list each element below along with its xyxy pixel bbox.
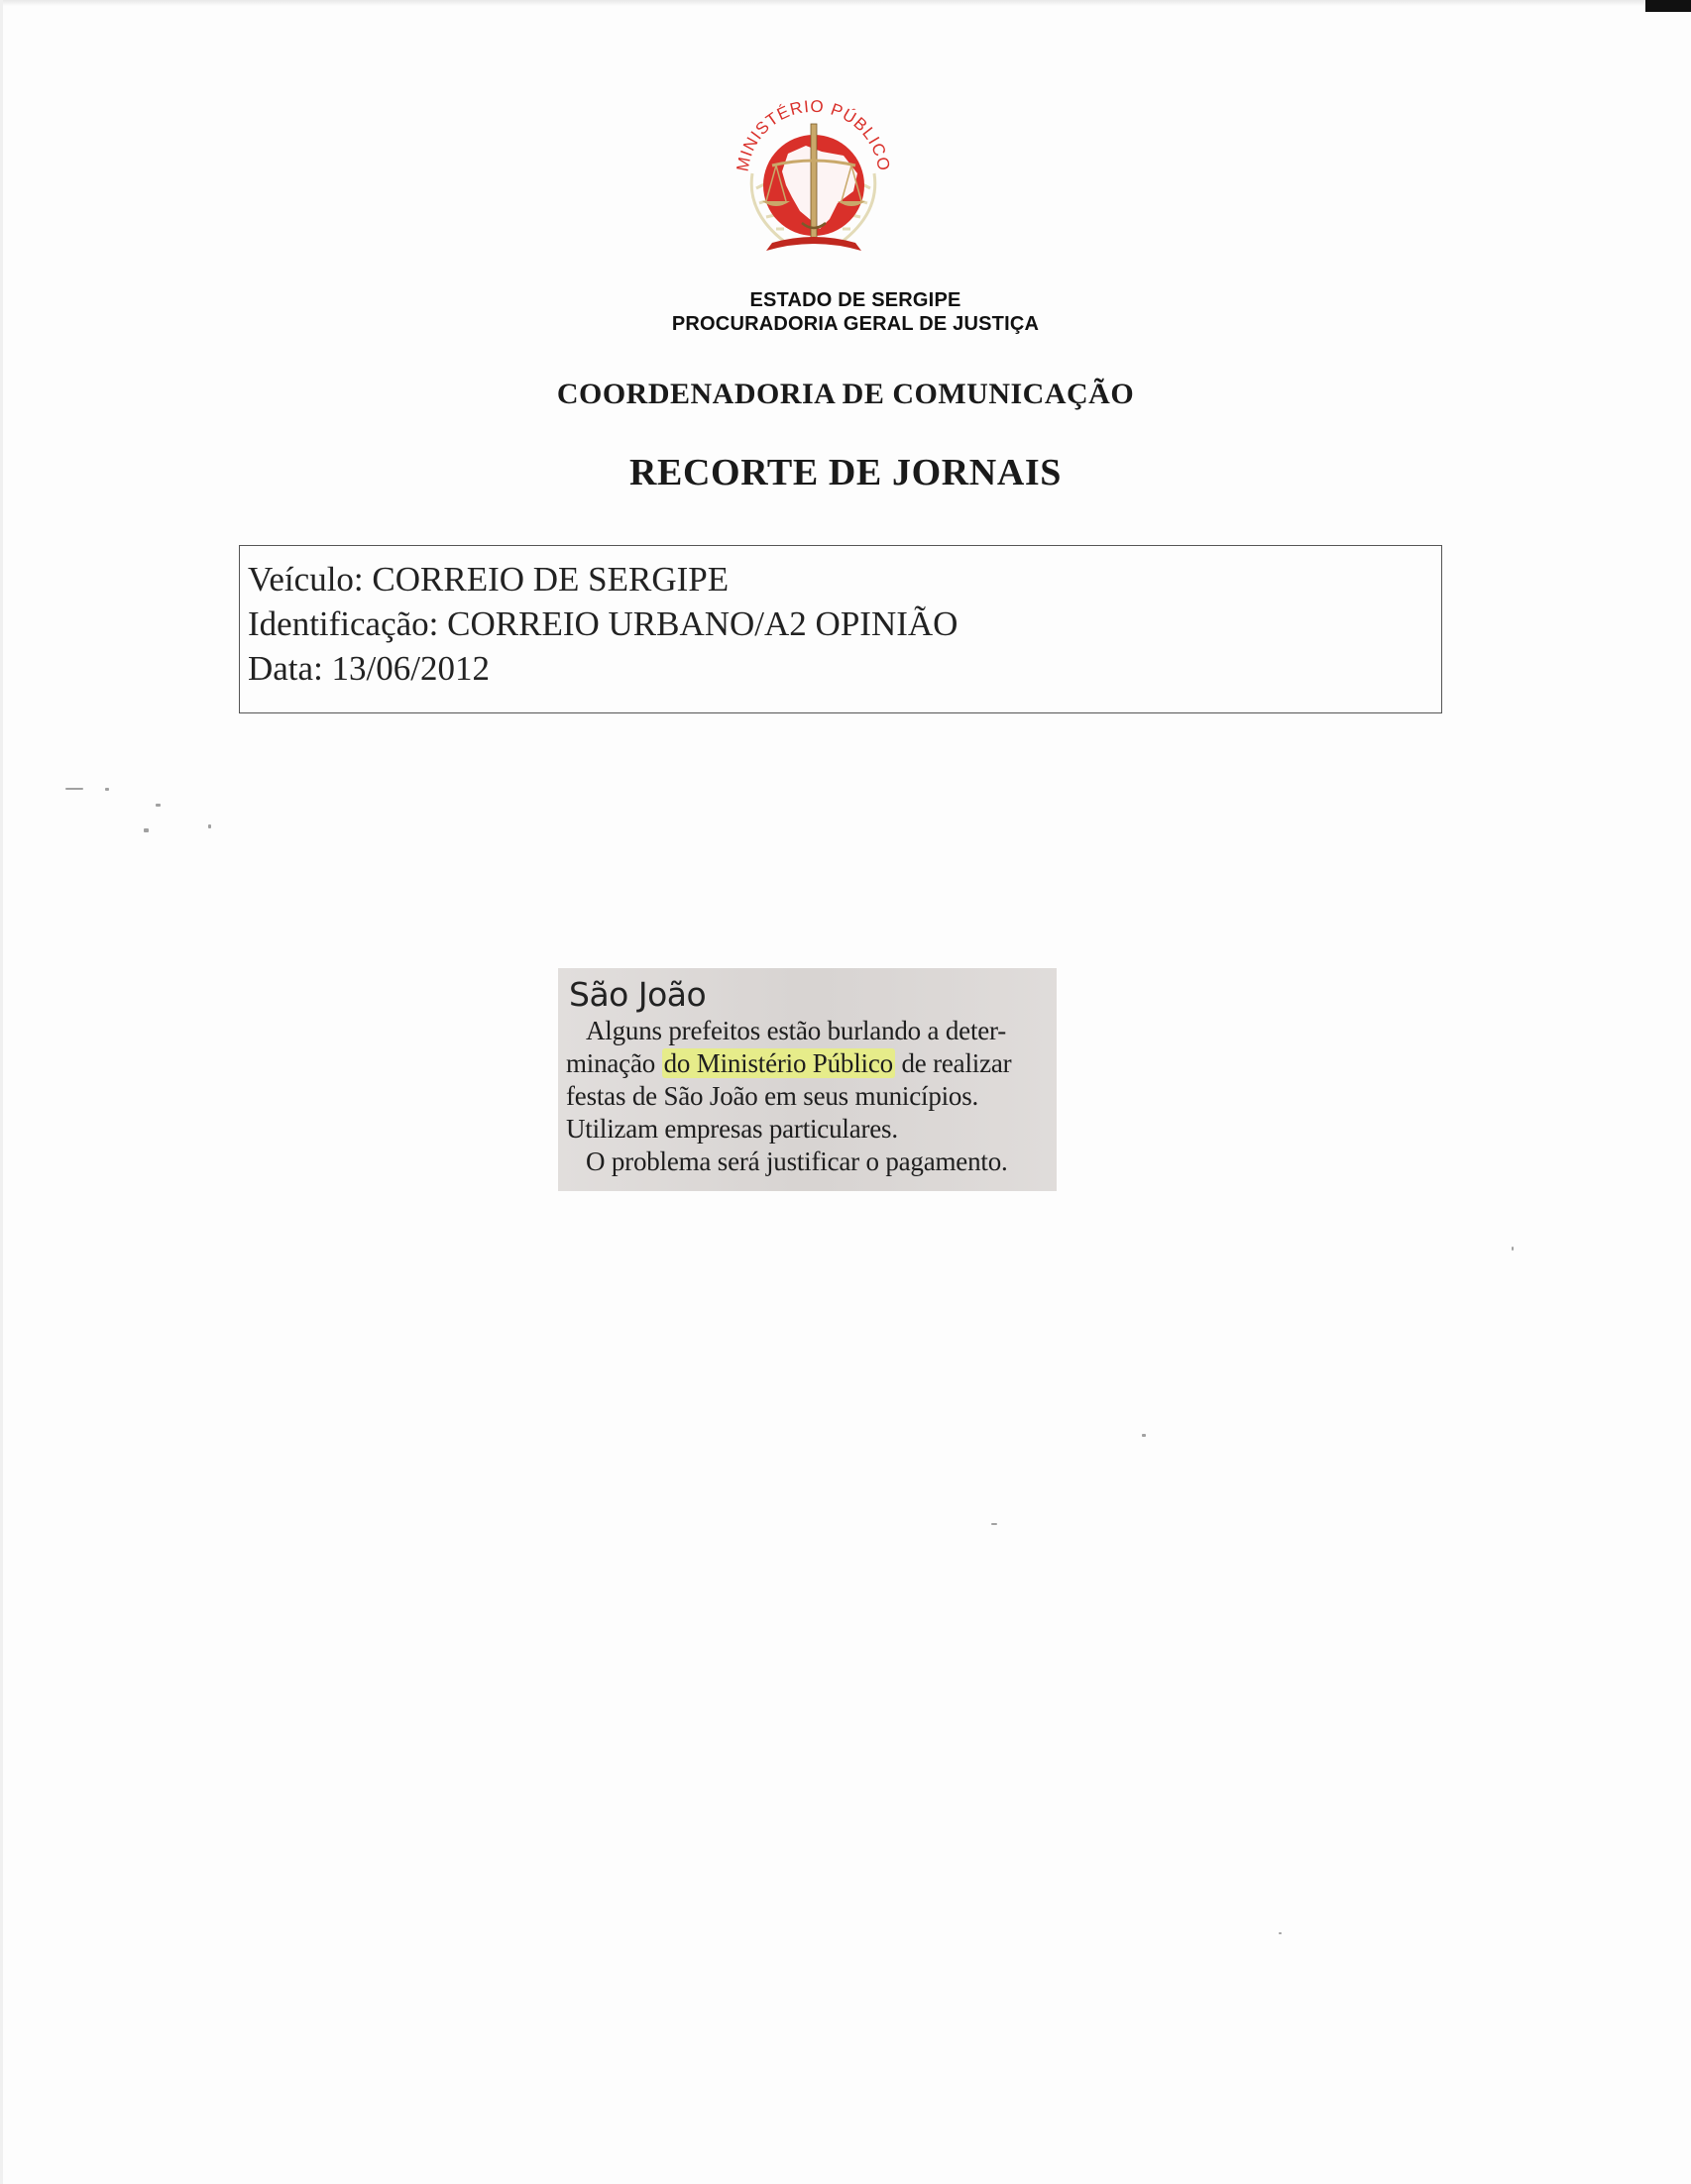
vehicle-label: Veículo:	[248, 560, 364, 599]
clipping-text: de realizar	[895, 1048, 1012, 1078]
clipping-line: Utilizam empresas particulares.	[566, 1113, 1049, 1146]
scan-speck	[105, 788, 109, 791]
clipping-line: festas de São João em seus municípios.	[566, 1080, 1049, 1113]
scan-speck	[1512, 1247, 1514, 1251]
sword-icon	[811, 124, 817, 241]
date-label: Data:	[248, 649, 323, 688]
scan-speck	[991, 1523, 997, 1525]
document-title: RECORTE DE JORNAIS	[0, 451, 1691, 494]
vehicle-value: CORREIO DE SERGIPE	[372, 560, 729, 599]
scan-speck	[1279, 1932, 1282, 1934]
date-value: 13/06/2012	[332, 649, 490, 688]
identification-value: CORREIO URBANO/A2 OPINIÃO	[447, 604, 958, 643]
department-title: COORDENADORIA DE COMUNICAÇÃO	[0, 377, 1691, 412]
clipping-line: O problema será justificar o pagamento.	[566, 1146, 1049, 1178]
scan-speck	[65, 788, 83, 790]
scan-speck	[208, 824, 211, 828]
highlighted-text: do Ministério Público	[662, 1048, 895, 1078]
newspaper-clipping: São João Alguns prefeitos estão burlando…	[558, 968, 1057, 1191]
identification-label: Identificação:	[248, 604, 438, 643]
state-name: ESTADO DE SERGIPE	[20, 288, 1691, 312]
scan-corner-mark	[1645, 0, 1691, 12]
organization-header: ESTADO DE SERGIPE PROCURADORIA GERAL DE …	[0, 288, 1691, 336]
identification-line: Identificação: CORREIO URBANO/A2 OPINIÃO	[248, 601, 1441, 646]
agency-name: PROCURADORIA GERAL DE JUSTIÇA	[20, 312, 1691, 336]
scan-speck	[1142, 1434, 1146, 1437]
ministerio-publico-logo: MINISTÉRIO PÚBLICO	[727, 94, 900, 268]
clipping-body: Alguns prefeitos estão burlando a deter-…	[566, 1015, 1049, 1178]
clipping-text: minação	[566, 1048, 662, 1078]
scan-top-edge	[0, 0, 1691, 6]
clipping-info-box: Veículo: CORREIO DE SERGIPE Identificaçã…	[239, 545, 1442, 713]
scan-speck	[144, 828, 149, 832]
clipping-title: São João	[569, 976, 1049, 1014]
scan-speck	[156, 804, 161, 807]
clipping-line: Alguns prefeitos estão burlando a deter-	[566, 1015, 1049, 1047]
vehicle-line: Veículo: CORREIO DE SERGIPE	[248, 557, 1441, 601]
clipping-line: minação do Ministério Público de realiza…	[566, 1047, 1049, 1080]
date-line: Data: 13/06/2012	[248, 646, 1441, 691]
